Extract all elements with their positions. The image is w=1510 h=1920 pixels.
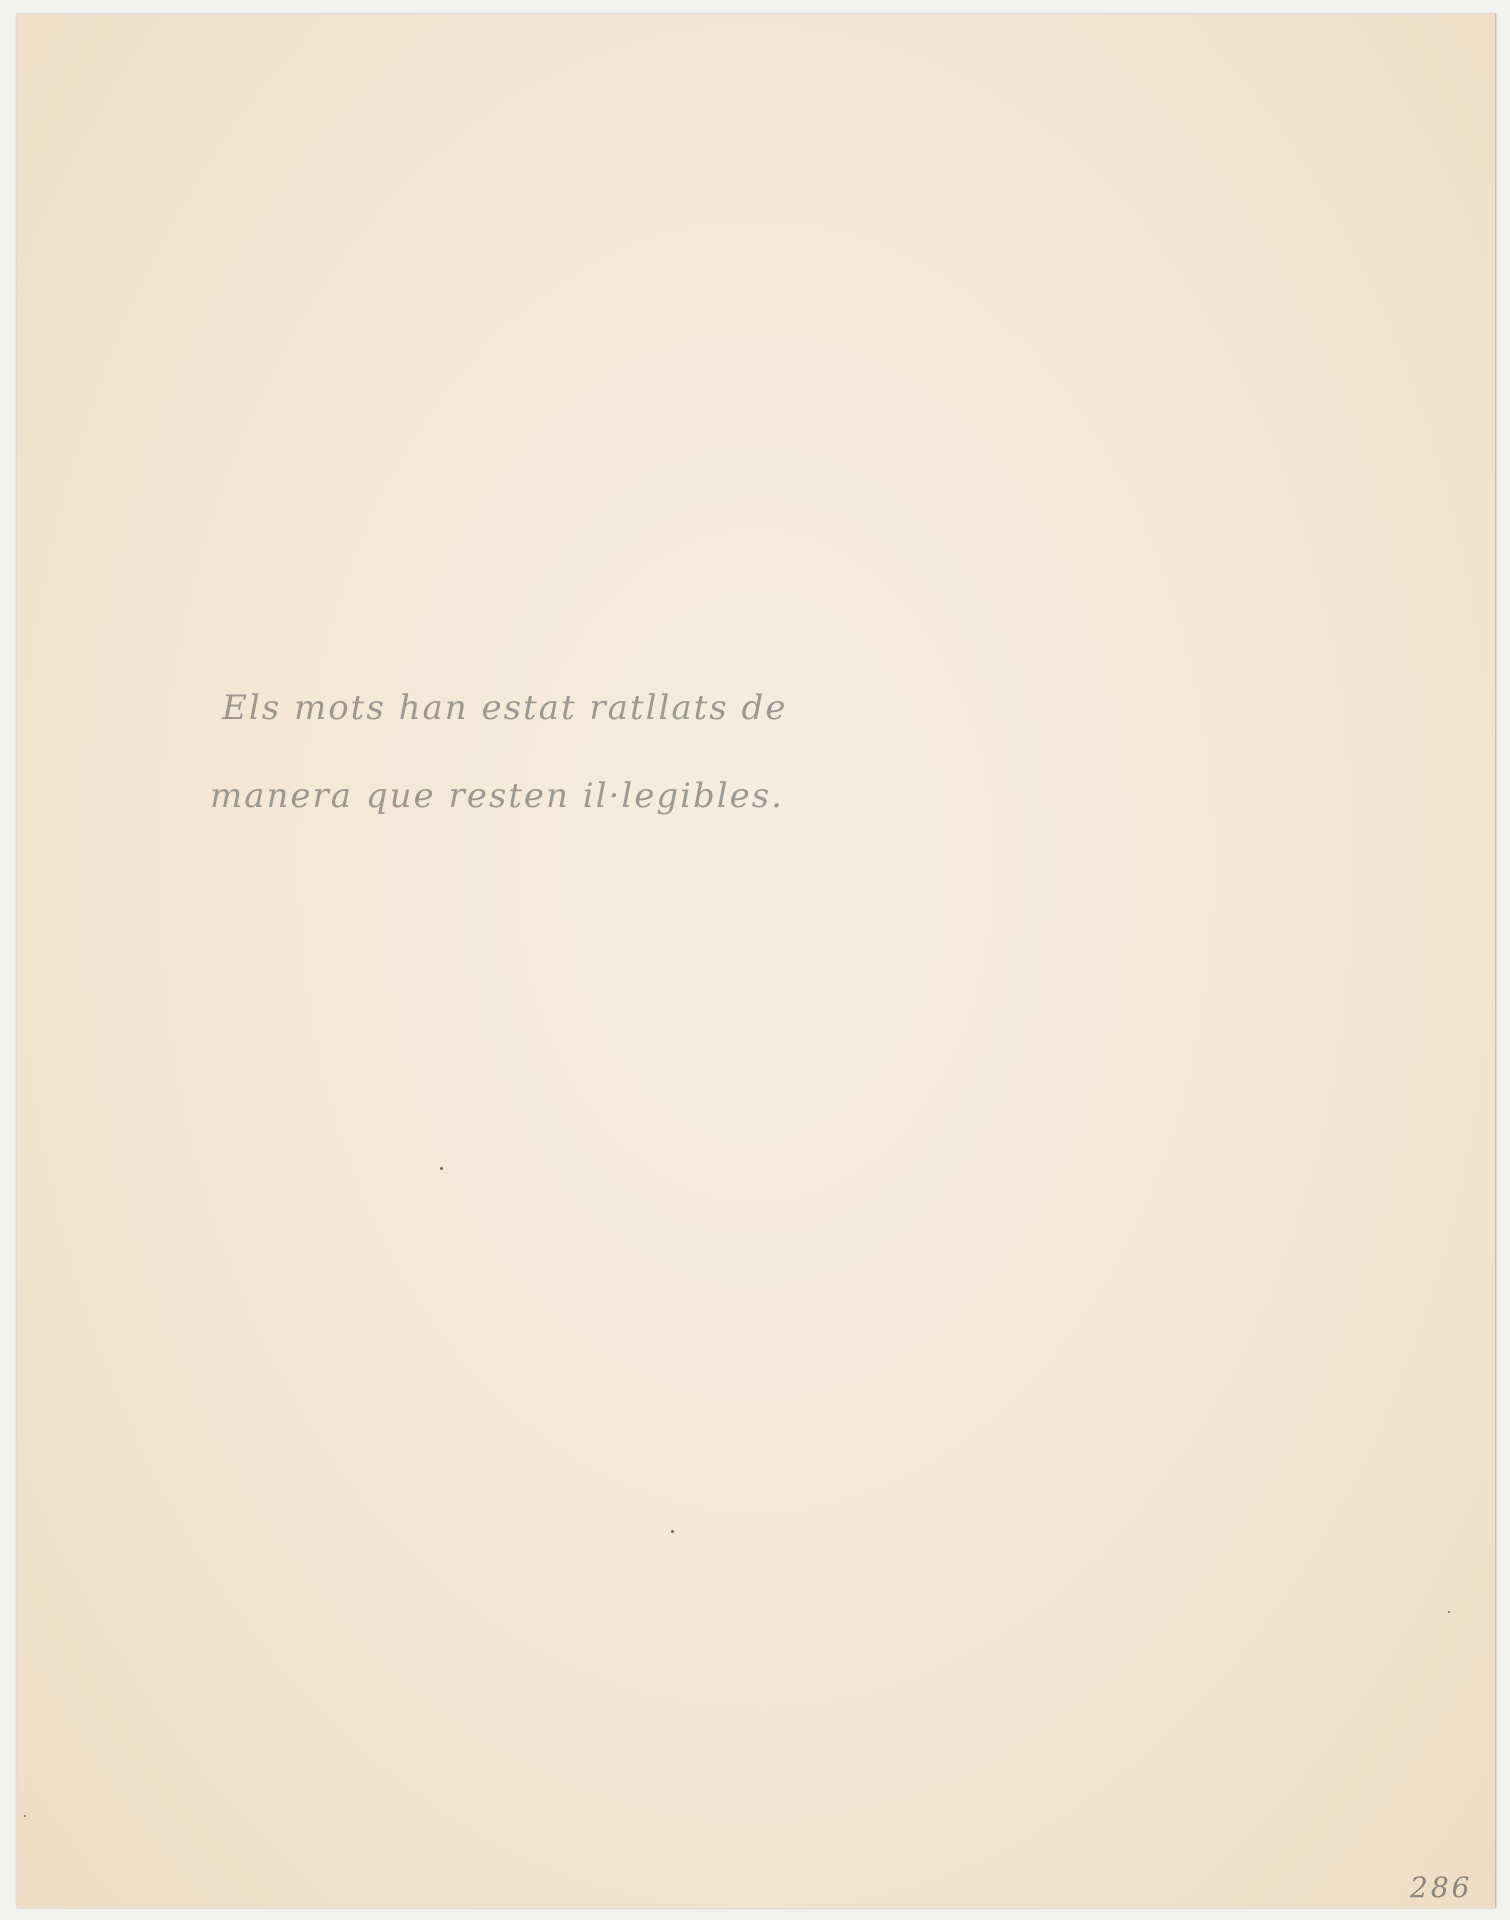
note-line-1: Els mots han estat ratllats de [222,664,1002,752]
page-number: 286 [1410,1871,1472,1904]
paper-speck [24,1815,26,1817]
note-line-2: manera que resten il·legibles. [210,752,1002,840]
manuscript-page: Els mots han estat ratllats de manera qu… [17,14,1496,1908]
pencil-note: Els mots han estat ratllats de manera qu… [222,664,1002,840]
paper-speck [671,1530,674,1533]
paper-speck [440,1167,443,1170]
paper-speck [1448,1611,1450,1613]
